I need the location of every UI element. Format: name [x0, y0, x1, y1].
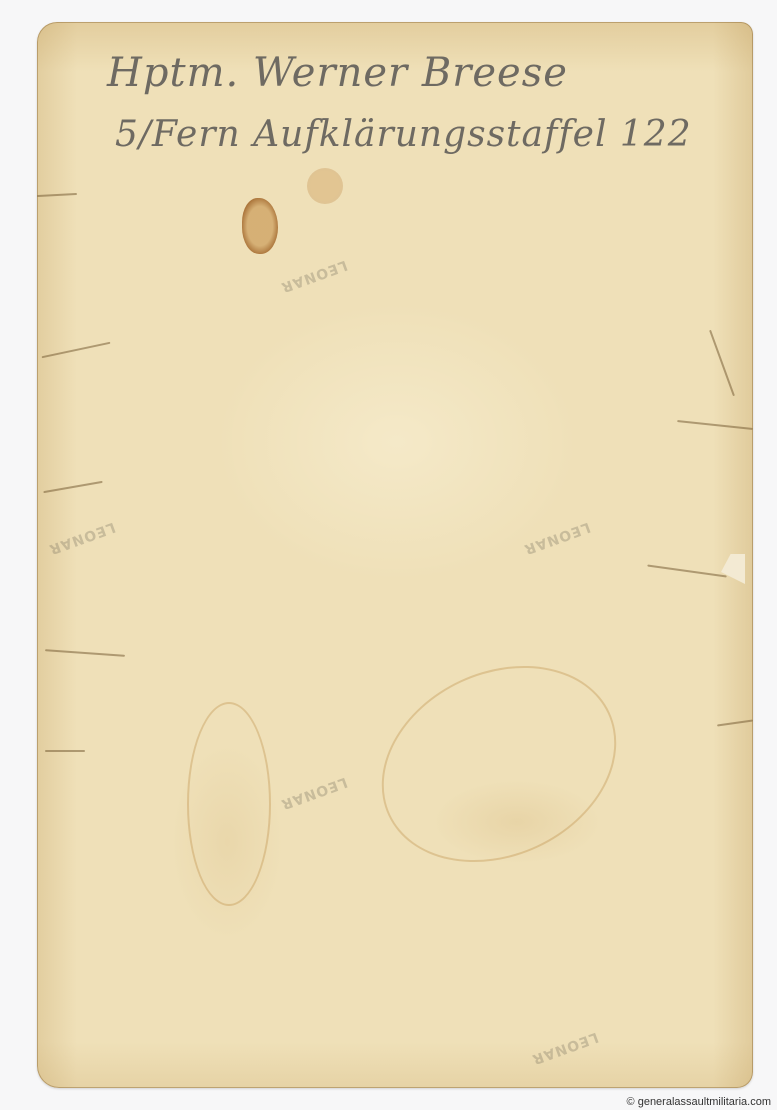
water-stain-ring	[350, 629, 649, 899]
edge-crease	[42, 342, 111, 359]
watermark: LEONAR	[521, 519, 592, 558]
handwriting-unit: 5/Fern Aufklärungsstaffel 122	[115, 114, 692, 155]
edge-crease	[647, 564, 726, 577]
edge-crease	[43, 481, 102, 493]
edge-crease	[677, 420, 753, 430]
edge-crease	[717, 720, 753, 727]
edge-crease	[45, 750, 85, 752]
photo-back-card: Hptm. Werner Breese 5/Fern Aufklärungsst…	[37, 22, 753, 1088]
watermark: LEONAR	[529, 1029, 600, 1068]
handwriting-name: Hptm. Werner Breese	[107, 50, 568, 96]
watermark: LEONAR	[278, 774, 349, 813]
edge-crease	[45, 649, 125, 657]
watermark: LEONAR	[46, 519, 117, 558]
light-stain	[307, 168, 343, 204]
torn-corner	[721, 554, 745, 584]
dark-stain	[242, 198, 278, 254]
copyright-credit: © generalassaultmilitaria.com	[627, 1096, 771, 1108]
water-stain-ring	[187, 702, 271, 906]
edge-crease	[37, 193, 77, 197]
watermark: LEONAR	[278, 257, 349, 296]
edge-crease	[709, 330, 735, 396]
